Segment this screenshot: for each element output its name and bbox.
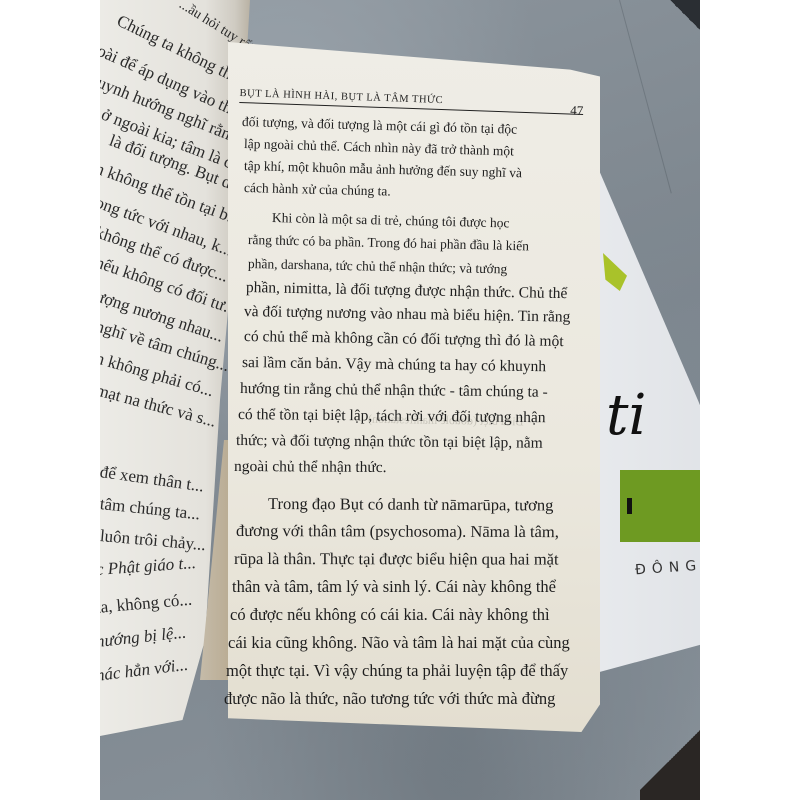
dark-corner (640, 720, 700, 800)
dark-corner (670, 0, 700, 30)
underlying-book-band-letter (627, 498, 632, 514)
text-line: đương với thân tâm (psychosoma). Nāma là… (236, 521, 559, 542)
book-photo: ti ĐÔNG ...ầu hỏi tuy rất... trong hay..… (100, 0, 700, 800)
text-line: cái kia cũng không. Não và tâm là hai mặ… (228, 633, 570, 653)
text-line: ngoài chủ thể nhận thức. (234, 458, 387, 477)
running-head: BỤT LÀ HÌNH HÀI, BỤT LÀ TÂM THỨC (239, 88, 443, 106)
text-line: thức; và đối tượng nhận thức tồn tại biệ… (236, 432, 543, 453)
text-line: được não là thức, não tương tức với thức… (224, 689, 555, 709)
text-line: có được nếu không có cái kia. Cái này kh… (230, 605, 550, 625)
text-line: hướng tin rằng chủ thể nhận thức - tâm c… (240, 380, 548, 402)
text-line: một thực tại. Vì vậy chúng ta phải luyện… (226, 661, 568, 681)
marble-vein (619, 0, 672, 193)
text-line: rūpa là thân. Thực tại được biểu hiện qu… (234, 549, 559, 570)
page-number: 47 (570, 103, 584, 119)
underlying-book-title: ti (606, 388, 646, 444)
underlying-book-band (620, 470, 700, 542)
text-line: có thể tồn tại biệt lập, tách rời với đố… (238, 406, 546, 427)
text-line: thân và tâm, tâm lý và sinh lý. Cái này … (232, 577, 556, 597)
text-line: Trong đạo Bụt có danh từ nāmarūpa, tương (268, 494, 553, 515)
